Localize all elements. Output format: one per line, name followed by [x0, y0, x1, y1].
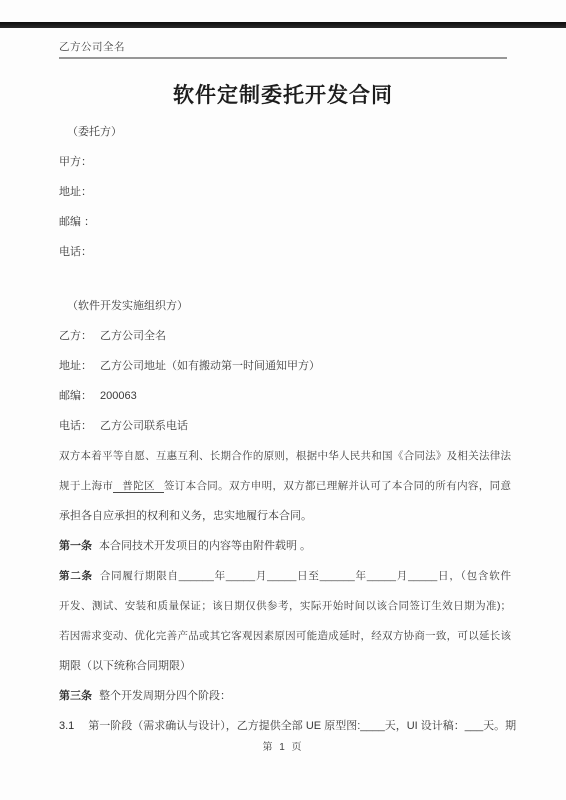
- page-header: 乙方公司全名: [59, 28, 507, 59]
- clause-2-cont-3-text: 期限（以下统称合同期限）: [59, 660, 191, 672]
- party-b-address-line: 地址：乙方公司地址（如有搬动第一时间通知甲方）: [59, 351, 511, 381]
- clause-2-continuation-3: 期限（以下统称合同期限）: [59, 651, 511, 681]
- party-b-zip-line: 邮编：200063: [59, 381, 511, 411]
- party-b-address-value: 乙方公司地址（如有搬动第一时间通知甲方）: [100, 360, 320, 372]
- preamble-line-2-prefix: 规于上海市: [59, 480, 113, 492]
- document-title: 软件定制委托开发合同: [0, 83, 566, 109]
- party-a-name-line: 甲方：: [59, 147, 511, 177]
- party-a-zip-line: 邮编 ：: [59, 207, 511, 237]
- preamble-line-2-suffix: 签订本合同。双方申明，双方都已理解并认可了本合同的所有内容，同意: [164, 480, 511, 492]
- party-b-address-label: 地址：: [59, 360, 92, 372]
- preamble-line-3: 承担各自应承担的权利和义务，忠实地履行本合同。: [59, 501, 511, 531]
- clause-2-cont-1-text: 开发、测试、安装和质量保证；该日期仅供参考，实际开始时间以该合同签订生效日期为准…: [59, 600, 511, 612]
- party-b-zip-value: 200063: [100, 390, 137, 402]
- clause-1-text: 本合同技术开发项目的内容等由附件载明 。: [99, 540, 311, 552]
- clause-2-text: 合同履行期限自______年_____月_____日至______年_____月…: [100, 570, 511, 582]
- clause-3-text: 整个开发周期分四个阶段：: [99, 690, 231, 702]
- party-b-phone-value: 乙方公司联系电话: [100, 420, 188, 432]
- document-body: （委托方） 甲方： 地址： 邮编 ： 电话： （软件开发实施组织方） 乙方：乙方…: [59, 117, 511, 741]
- clause-1-line: 第一条本合同技术开发项目的内容等由附件载明 。: [59, 531, 511, 561]
- party-b-phone-line: 电话：乙方公司联系电话: [59, 411, 511, 441]
- party-b-name-value: 乙方公司全名: [100, 330, 166, 342]
- party-b-name-label: 乙方：: [59, 330, 92, 342]
- preamble-line-1: 双方本着平等自愿、互惠互利、长期合作的原则，根据中华人民共和国《合同法》及相关法…: [59, 441, 511, 471]
- party-a-phone-line: 电话：: [59, 237, 511, 267]
- section-gap: [59, 267, 511, 291]
- party-b-section-label: （软件开发实施组织方）: [59, 291, 511, 321]
- page-number: 第 1 页: [0, 738, 566, 753]
- party-a-name-label: 甲方：: [59, 156, 92, 168]
- clause-3-line: 第三条整个开发周期分四个阶段：: [59, 681, 511, 711]
- party-b-zip-label: 邮编：: [59, 390, 92, 402]
- clause-2-continuation-2: 若因需求变动、优化完善产品或其它客观因素原因可能造成延时，经双方协商一致，可以延…: [59, 621, 511, 651]
- party-b-name-line: 乙方：乙方公司全名: [59, 321, 511, 351]
- district-blank-underline: 普陀区: [113, 480, 164, 493]
- clause-2-cont-2-text: 若因需求变动、优化完善产品或其它客观因素原因可能造成延时，经双方协商一致，可以延…: [59, 630, 511, 642]
- party-a-address-line: 地址：: [59, 177, 511, 207]
- clause-1-keyword: 第一条: [59, 540, 99, 552]
- clause-3-item-text: 第一阶段（需求确认与设计），乙方提供全部 UE 原型图:____天，UI 设计稿…: [88, 720, 516, 732]
- clause-3-keyword: 第三条: [59, 690, 99, 702]
- clause-3-item-number: 3.1: [59, 720, 88, 732]
- party-a-section-label: （委托方）: [59, 117, 511, 147]
- party-a-phone-label: 电话：: [59, 246, 92, 258]
- party-b-phone-label: 电话：: [59, 420, 92, 432]
- preamble-line-2: 规于上海市普陀区签订本合同。双方申明，双方都已理解并认可了本合同的所有内容，同意: [59, 471, 511, 501]
- header-company-name: 乙方公司全名: [59, 41, 125, 53]
- party-a-zip-label: 邮编 ：: [59, 216, 95, 228]
- clause-2-keyword: 第二条: [59, 570, 100, 582]
- clause-2-line: 第二条合同履行期限自______年_____月_____日至______年___…: [59, 561, 511, 591]
- clause-3-item-line: 3.1第一阶段（需求确认与设计），乙方提供全部 UE 原型图:____天，UI …: [59, 711, 511, 741]
- party-a-address-label: 地址：: [59, 186, 92, 198]
- clause-2-continuation-1: 开发、测试、安装和质量保证；该日期仅供参考，实际开始时间以该合同签订生效日期为准…: [59, 591, 511, 621]
